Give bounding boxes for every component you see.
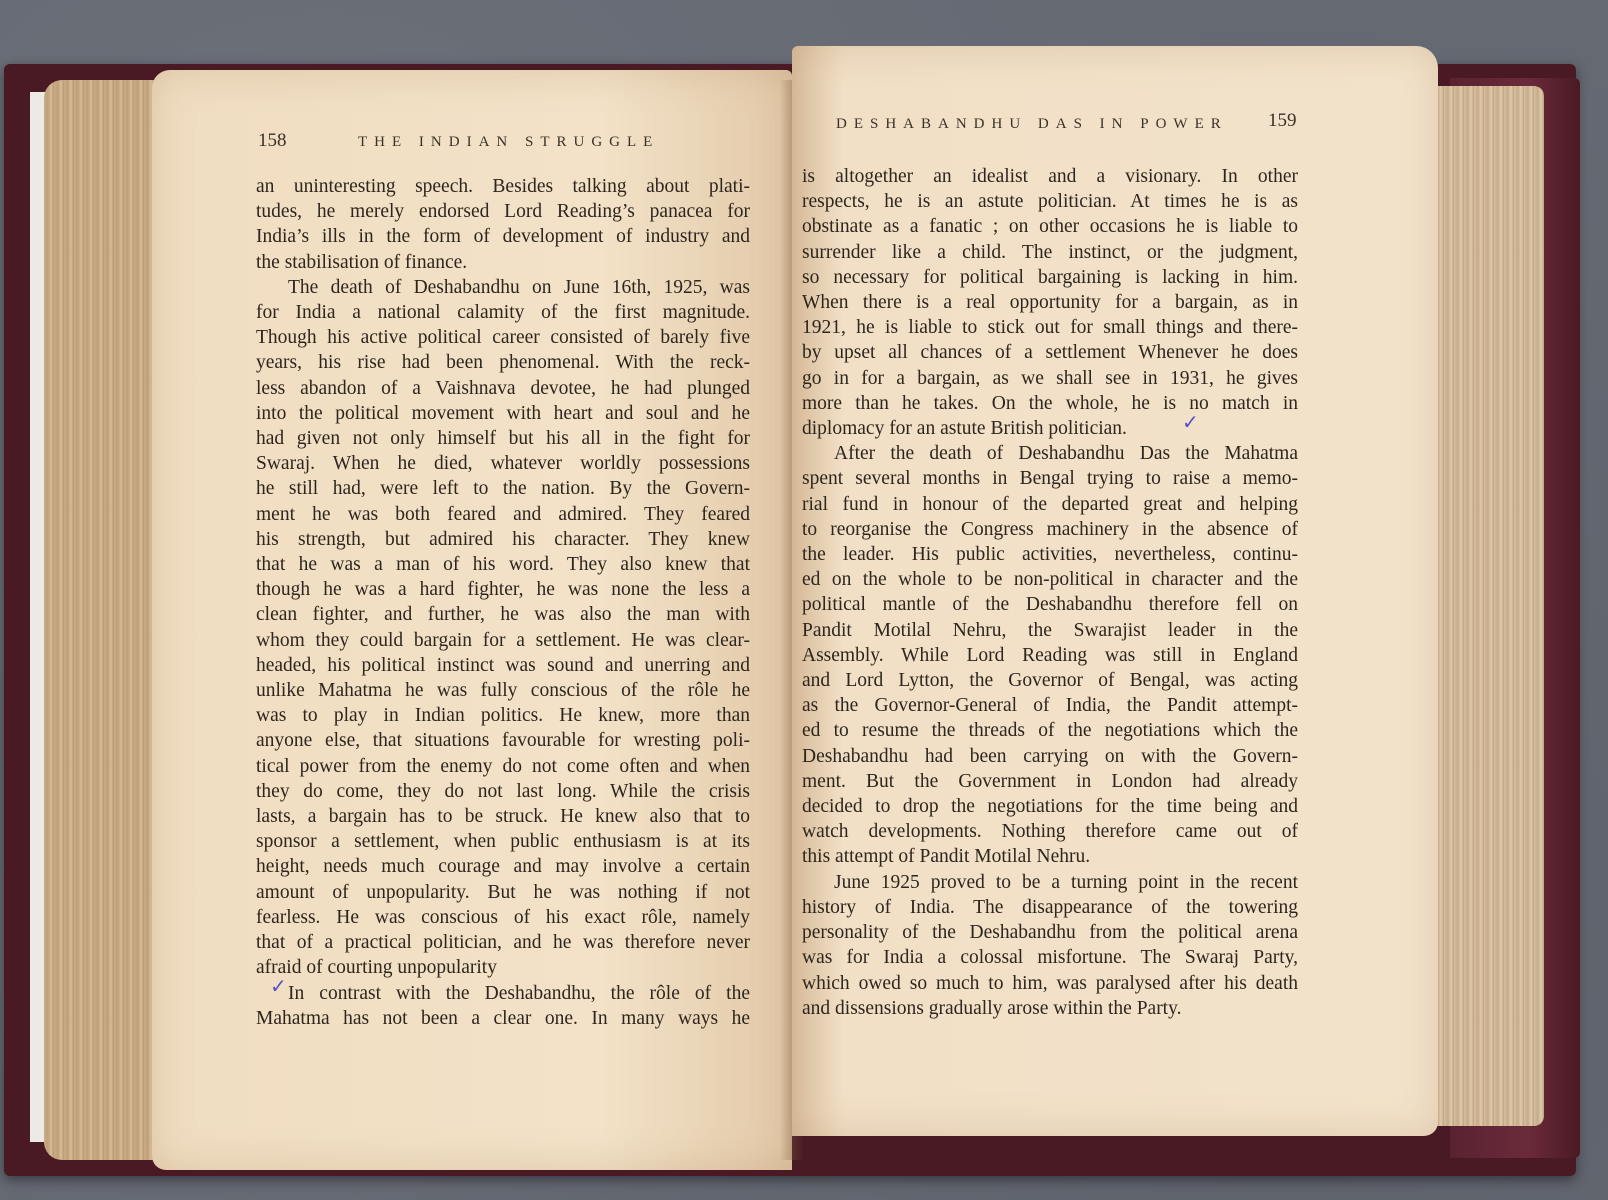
- text-line: obstinate as a fanatic ; on other occasi…: [802, 214, 1298, 239]
- text-line: Though his active political career consi…: [256, 325, 750, 350]
- text-line: as the Governor-General of India, the Pa…: [802, 693, 1298, 718]
- text-line: anyone else, that situations favourable …: [256, 728, 750, 753]
- text-line: sponsor a settlement, when public enthus…: [256, 829, 750, 854]
- text-line: Mahatma has not been a clear one. In man…: [256, 1006, 750, 1031]
- text-line: Swaraj. When he died, whatever worldly p…: [256, 451, 750, 476]
- right-page: DESHABANDHU DAS IN POWER 159 is altogeth…: [792, 46, 1438, 1136]
- text-line: headed, his political instinct was sound…: [256, 653, 750, 678]
- text-line: though he was a hard fighter, he was non…: [256, 577, 750, 602]
- text-line: that he was a man of his word. They also…: [256, 552, 750, 577]
- text-line: whom they could bargain for a settlement…: [256, 628, 750, 653]
- text-line: decided to drop the negotiations for the…: [802, 794, 1298, 819]
- text-line: so necessary for political bargaining is…: [802, 265, 1298, 290]
- text-line: to reorganise the Congress machinery in …: [802, 517, 1298, 542]
- text-line: Assembly. While Lord Reading was still i…: [802, 643, 1298, 668]
- text-line: into the political movement with heart a…: [256, 401, 750, 426]
- text-line: afraid of courting unpopularity: [256, 955, 750, 980]
- text-line: years, his rise had been phenomenal. Wit…: [256, 350, 750, 375]
- text-line: and Lord Lytton, the Governor of Bengal,…: [802, 668, 1298, 693]
- text-line: this attempt of Pandit Motilal Nehru.: [802, 844, 1298, 869]
- text-line: tudes, he merely endorsed Lord Reading’s…: [256, 199, 750, 224]
- text-line: that of a practical politician, and he w…: [256, 930, 750, 955]
- text-line: was for India a colossal misfortune. The…: [802, 945, 1298, 970]
- text-line: they do come, they do not last long. Whi…: [256, 779, 750, 804]
- text-line: rial fund in honour of the departed grea…: [802, 492, 1298, 517]
- text-line: personality of the Deshabandhu from the …: [802, 920, 1298, 945]
- text-line: lasts, a bargain has to be struck. He kn…: [256, 804, 750, 829]
- text-line: 1921, he is liable to stick out for smal…: [802, 315, 1298, 340]
- text-line: history of India. The disappearance of t…: [802, 895, 1298, 920]
- text-line: amount of unpopularity. But he was nothi…: [256, 880, 750, 905]
- text-line: unlike Mahatma he was fully conscious of…: [256, 678, 750, 703]
- text-line: was to play in Indian politics. He knew,…: [256, 703, 750, 728]
- page-number: 159: [1268, 110, 1297, 132]
- text-line: political mantle of the Deshabandhu ther…: [802, 592, 1298, 617]
- text-line: more than he takes. On the whole, he is …: [802, 391, 1298, 416]
- text-line: surrender like a child. The instinct, or…: [802, 240, 1298, 265]
- page-block-edge-right: [1434, 86, 1544, 1126]
- text-line: Pandit Motilal Nehru, the Swarajist lead…: [802, 618, 1298, 643]
- text-line: his strength, but admired his character.…: [256, 527, 750, 552]
- text-line: by upset all chances of a settlement Whe…: [802, 340, 1298, 365]
- text-line: ment. But the Government in London had a…: [802, 769, 1298, 794]
- text-line: India’s ills in the form of development …: [256, 224, 750, 249]
- text-line: and dissensions gradually arose within t…: [802, 996, 1298, 1021]
- text-line: the leader. His public activities, never…: [802, 542, 1298, 567]
- text-line: diplomacy for an astute British politici…: [802, 416, 1298, 441]
- left-page: 158 THE INDIAN STRUGGLE an uninteresting…: [152, 70, 792, 1170]
- text-line: he still had, were left to the nation. B…: [256, 476, 750, 501]
- ink-check-mark: ✓: [1182, 410, 1199, 435]
- page-block-edge-left: [44, 80, 164, 1160]
- text-line: tical power from the enemy do not come o…: [256, 754, 750, 779]
- text-line: The death of Deshabandhu on June 16th, 1…: [256, 275, 750, 300]
- text-line: watch developments. Nothing therefore ca…: [802, 819, 1298, 844]
- text-line: height, needs much courage and may invol…: [256, 854, 750, 879]
- text-line: had given not only himself but his all i…: [256, 426, 750, 451]
- text-line: spent several months in Bengal trying to…: [802, 466, 1298, 491]
- text-line: ed to resume the threads of the negotiat…: [802, 718, 1298, 743]
- text-line: In contrast with the Deshabandhu, the rô…: [256, 981, 750, 1006]
- text-line: respects, he is an astute politician. At…: [802, 189, 1298, 214]
- text-line: go in for a bargain, as we shall see in …: [802, 366, 1298, 391]
- body-text: an uninteresting speech. Besides talking…: [256, 174, 750, 1031]
- text-line: fearless. He was conscious of his exact …: [256, 905, 750, 930]
- text-line: is altogether an idealist and a visionar…: [802, 164, 1298, 189]
- running-head: THE INDIAN STRUGGLE: [358, 134, 659, 151]
- ink-check-mark: ✓: [270, 974, 287, 999]
- text-line: June 1925 proved to be a turning point i…: [802, 870, 1298, 895]
- text-line: ment he was both feared and admired. The…: [256, 502, 750, 527]
- text-line: less abandon of a Vaishnava devotee, he …: [256, 376, 750, 401]
- text-line: an uninteresting speech. Besides talking…: [256, 174, 750, 199]
- running-head: DESHABANDHU DAS IN POWER: [836, 116, 1228, 133]
- text-line: ed on the whole to be non-political in c…: [802, 567, 1298, 592]
- text-line: After the death of Deshabandhu Das the M…: [802, 441, 1298, 466]
- body-text: is altogether an idealist and a visionar…: [802, 164, 1298, 1021]
- text-line: clean fighter, and further, he was also …: [256, 602, 750, 627]
- text-line: Deshabandhu had been carrying on with th…: [802, 744, 1298, 769]
- text-line: for India a national calamity of the fir…: [256, 300, 750, 325]
- text-line: which owed so much to him, was paralysed…: [802, 971, 1298, 996]
- text-line: When there is a real opportunity for a b…: [802, 290, 1298, 315]
- page-number: 158: [258, 130, 287, 152]
- text-line: the stabilisation of finance.: [256, 250, 750, 275]
